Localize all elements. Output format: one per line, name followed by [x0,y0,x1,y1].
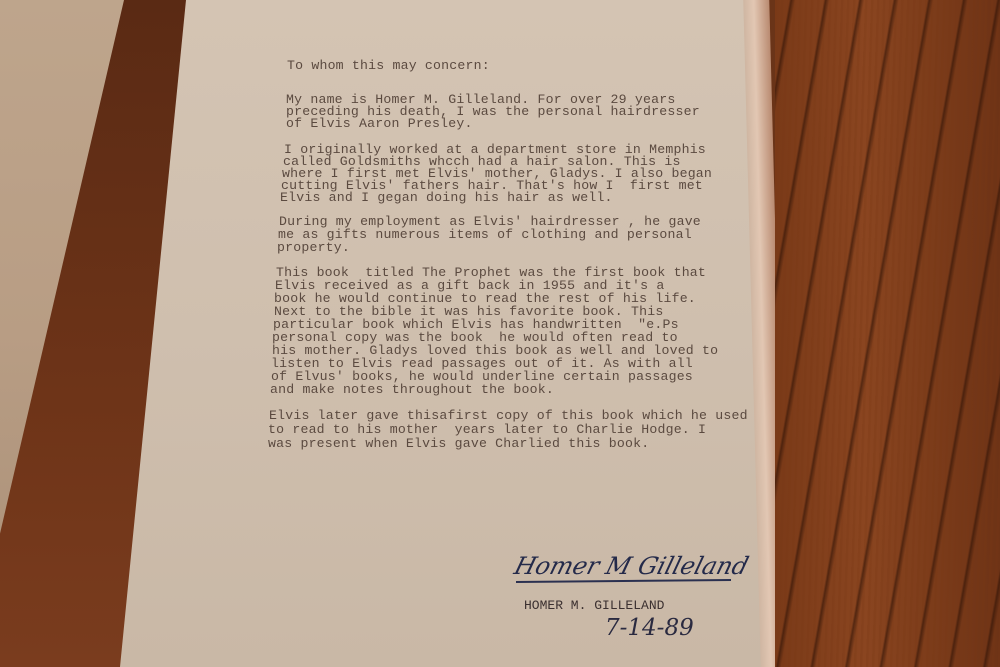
handwritten-date: 7-14-89 [605,615,694,641]
signer-name: HOMER M. GILLELAND [524,598,664,613]
paragraph-1-line: of Elvis Aaron Presley. [286,116,473,131]
paragraph-4-line: and make notes throughout the book. [270,382,554,397]
salutation: To whom this may concern: [287,58,490,73]
paragraph-3-line: property. [277,240,350,255]
paragraph-2-line: Elvis and I gegan doing his hair as well… [280,190,613,205]
paragraph-5-line: was present when Elvis gave Charlied thi… [268,436,649,451]
handwritten-signature: Homer M Gilleland [511,552,751,580]
paragraph-5-line: to read to his mother years later to Cha… [268,422,706,437]
typed-letter: To whom this may concern: My name is Hom… [0,0,1000,667]
paragraph-5-line: Elvis later gave thisafirst copy of this… [269,408,748,423]
